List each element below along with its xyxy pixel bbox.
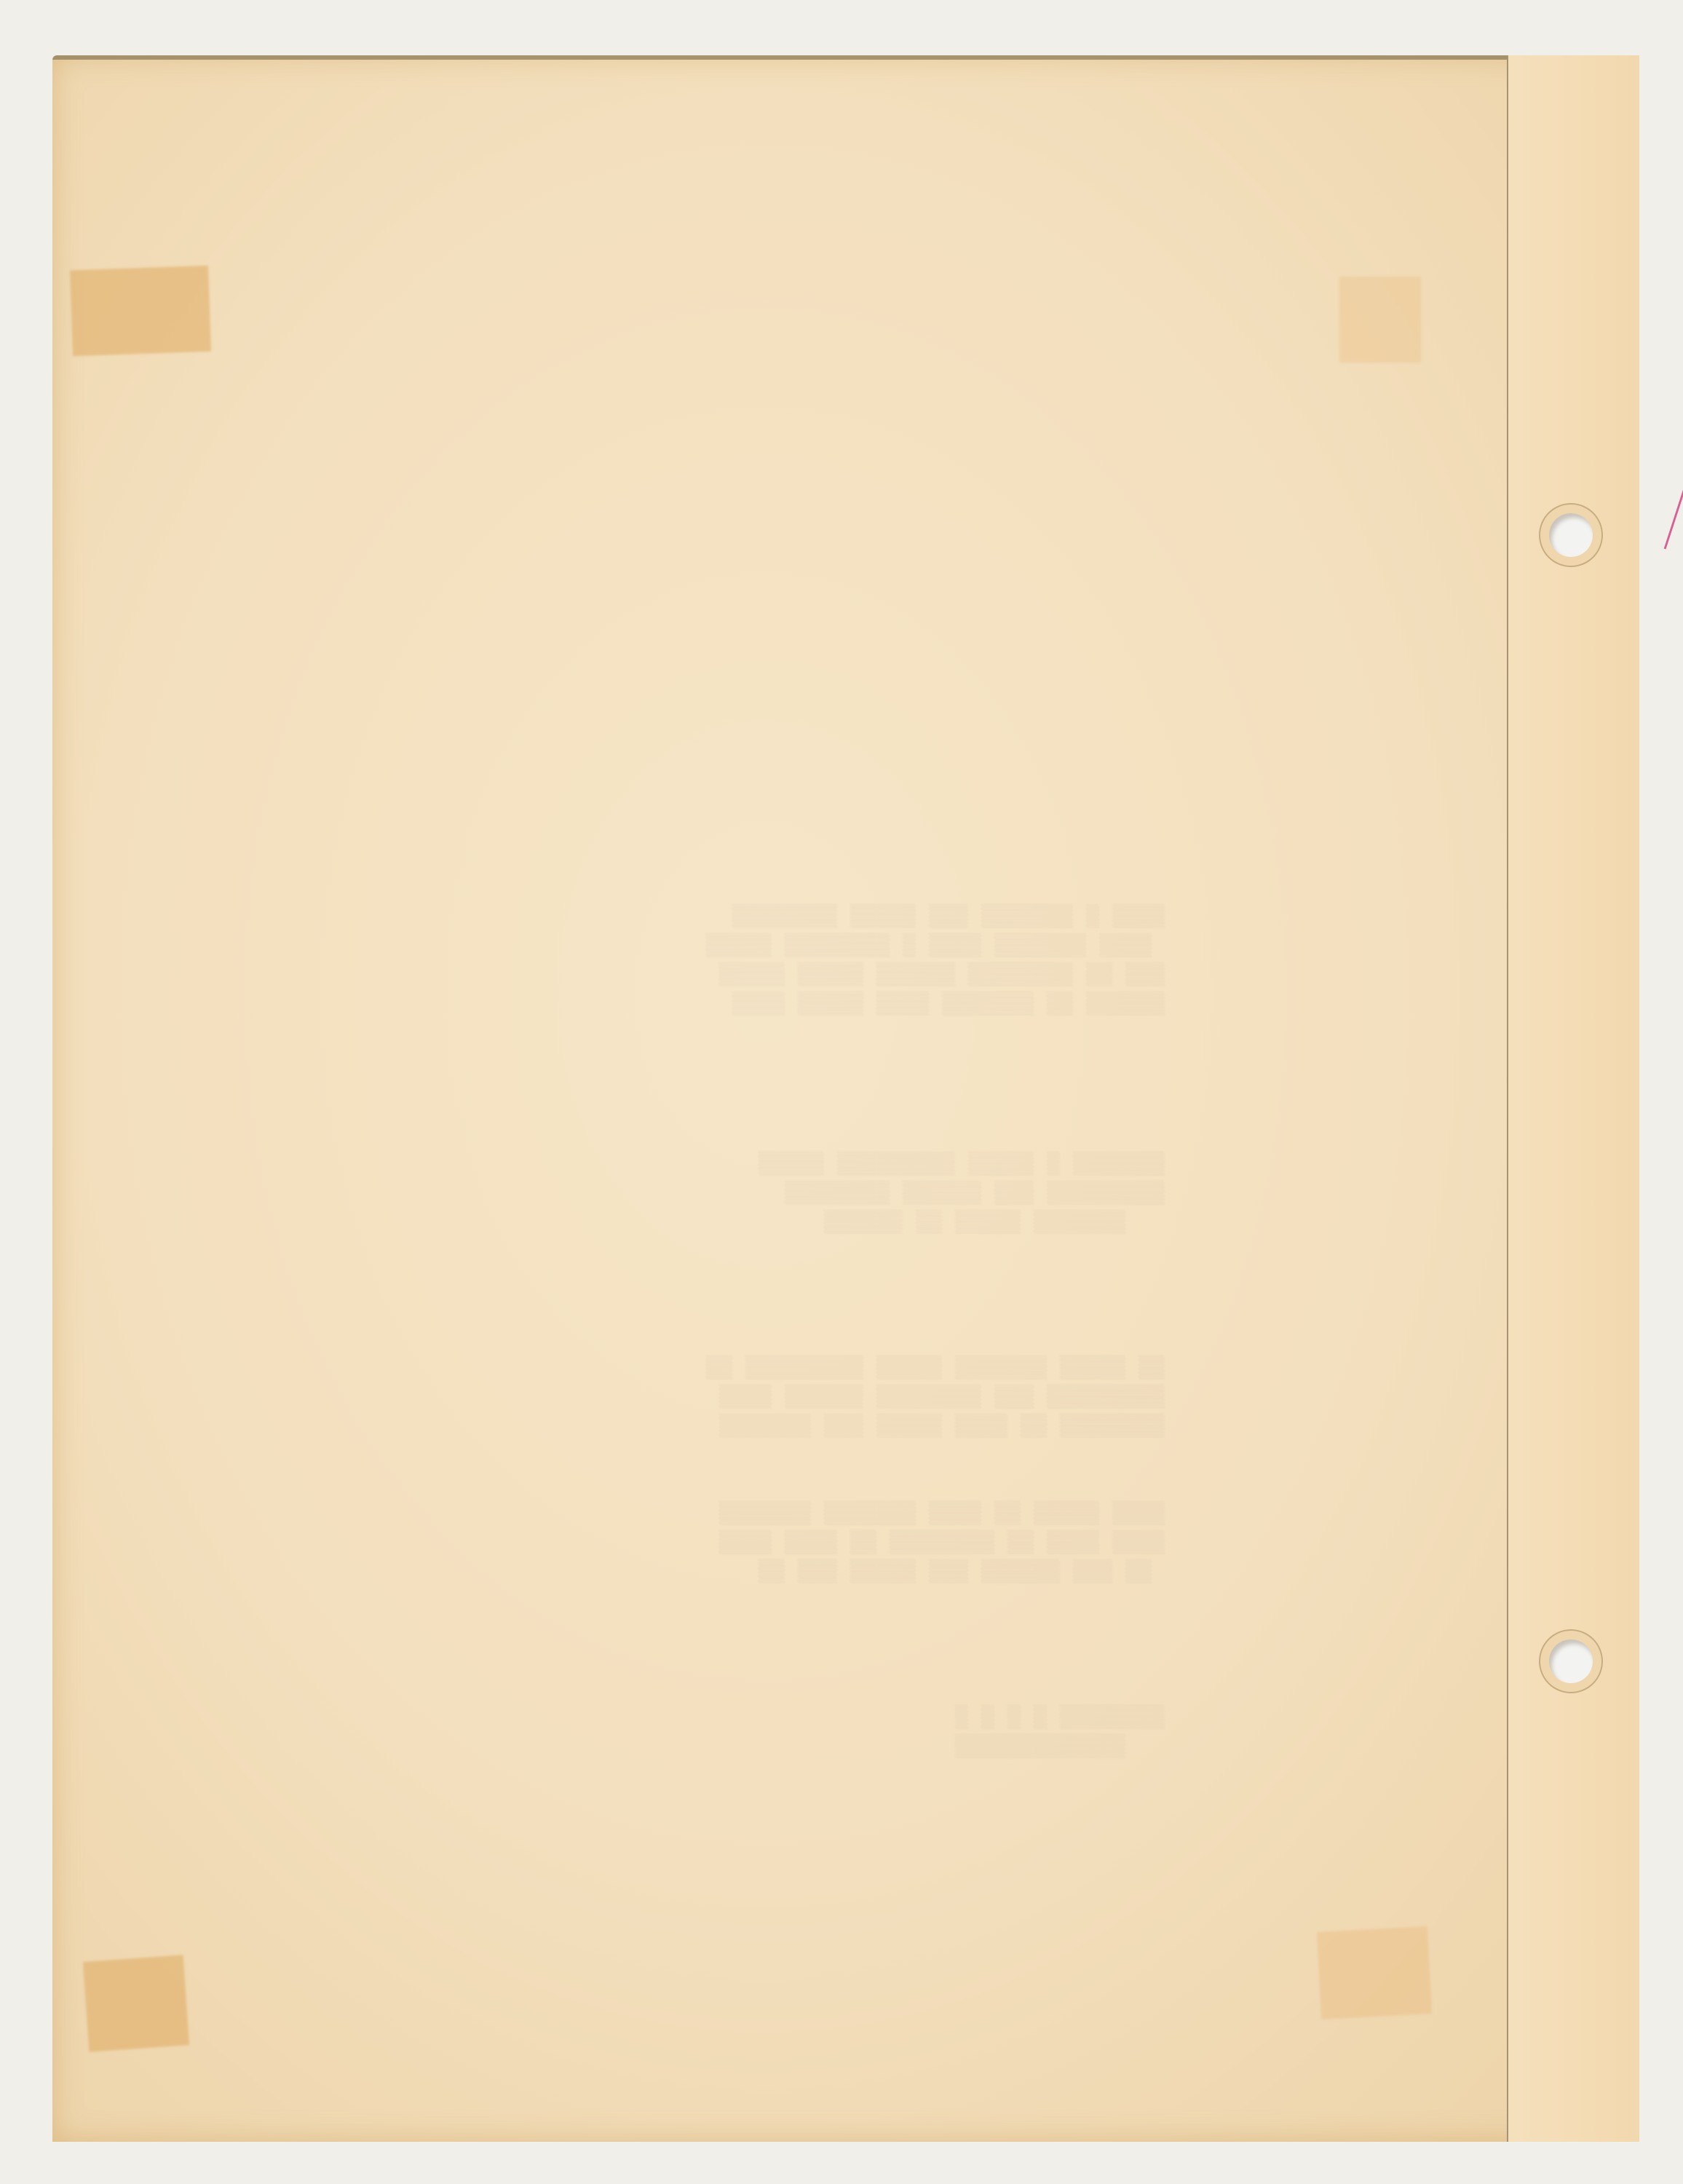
- tape-stain-bottom-right: [1317, 1926, 1432, 2019]
- bleed-through-text: ▒▒▒▒▒▒▒▒ ▒ ▒ ▒ ▒ ▒▒▒▒▒▒▒▒▒▒▒▒▒: [218, 1704, 1165, 1762]
- tape-stain-top-right: [1339, 277, 1421, 363]
- bleed-through-text: ▒▒▒▒ ▒ ▒▒▒▒▒▒▒ ▒▒▒ ▒▒▒▒▒ ▒▒▒▒▒▒▒▒ ▒▒▒▒ ▒…: [218, 903, 1165, 1019]
- punch-hole-bottom: [1549, 1639, 1593, 1683]
- bleed-through-text: ▒▒▒▒▒▒▒ ▒ ▒▒▒▒▒ ▒▒▒▒▒▒▒▒▒ ▒▒▒▒▒ ▒▒▒▒▒▒▒▒…: [218, 1150, 1165, 1238]
- punch-hole-top: [1549, 513, 1593, 557]
- binding-strip: [1507, 55, 1639, 2142]
- bleed-through-text: ▒▒ ▒▒▒▒▒ ▒▒▒▒▒▒▒ ▒▒▒▒▒ ▒▒▒▒▒▒▒▒▒ ▒▒ ▒▒▒▒…: [218, 1354, 1165, 1441]
- bleed-through-text: ▒▒▒▒ ▒▒▒▒▒ ▒▒ ▒▒▒▒ ▒▒▒▒▒▒▒ ▒▒▒▒▒▒▒ ▒▒▒▒ …: [218, 1500, 1165, 1587]
- tape-stain-bottom-left: [83, 1955, 189, 2052]
- tape-stain-top-left: [70, 266, 211, 357]
- paper-page: [52, 55, 1638, 2142]
